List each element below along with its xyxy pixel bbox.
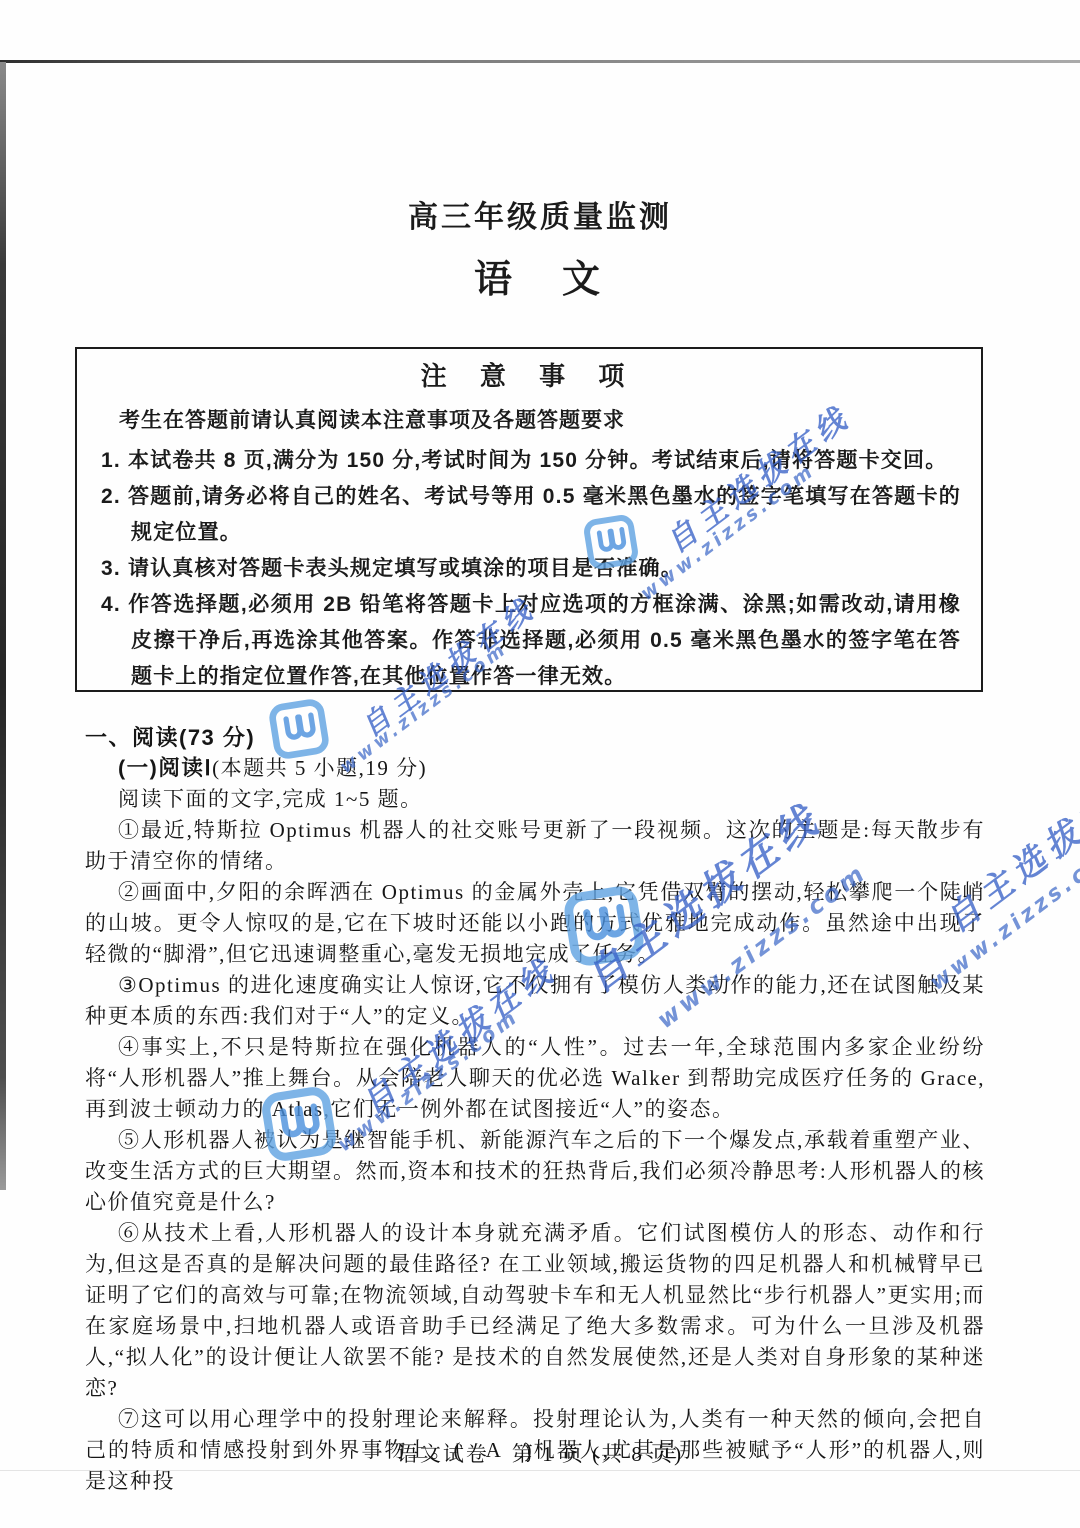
exam-title: 高三年级质量监测 <box>0 192 1080 236</box>
scanned-exam-page: 高三年级质量监测 语 文 注 意 事 项 考生在答题前请认真阅读本注意事项及各题… <box>0 0 1080 1528</box>
subsection-heading-bold: (一)阅读Ⅰ <box>118 756 212 780</box>
subject-title: 语 文 <box>0 248 1080 303</box>
notice-item-3: 3. 请认真核对答题卡表头规定填写或填涂的项目是否准确。 <box>101 551 961 587</box>
notice-intro: 考生在答题前请认真阅读本注意事项及各题答题要求 <box>119 407 961 435</box>
scan-top-edge-line <box>0 60 1080 63</box>
paragraph-4: ④事实上,不只是特斯拉在强化机器人的“人性”。过去一年,全球范围内多家企业纷纷将… <box>85 1032 985 1125</box>
paragraph-2: ②画面中,夕阳的余晖洒在 Optimus 的金属外壳上,它凭借双臂的摆动,轻松攀… <box>85 877 985 970</box>
notice-title: 注 意 事 项 <box>77 359 981 393</box>
section-heading: 一、阅读(73 分) <box>85 722 985 753</box>
exam-body: 一、阅读(73 分) (一)阅读Ⅰ(本题共 5 小题,19 分) 阅读下面的文字… <box>85 722 985 1497</box>
subsection-heading: (一)阅读Ⅰ(本题共 5 小题,19 分) <box>85 753 985 784</box>
page-footer: 语文试卷 第 1 页 (共 8 页) <box>0 1438 1080 1468</box>
paragraph-5: ⑤人形机器人被认为是继智能手机、新能源汽车之后的下一个爆发点,承载着重塑产业、改… <box>85 1125 985 1218</box>
paragraph-1: ①最近,特斯拉 Optimus 机器人的社交账号更新了一段视频。这次的主题是:每… <box>85 815 985 877</box>
notice-item-2: 2. 答题前,请务必将自己的姓名、考试号等用 0.5 毫米黑色墨水的签字笔填写在… <box>101 479 961 551</box>
paragraph-3: ③Optimus 的进化速度确实让人惊讶,它不仅拥有了模仿人类动作的能力,还在试… <box>85 970 985 1032</box>
paragraph-6: ⑥从技术上看,人形机器人的设计本身就充满矛盾。它们试图模仿人的形态、动作和行为,… <box>85 1218 985 1404</box>
notice-box: 注 意 事 项 考生在答题前请认真阅读本注意事项及各题答题要求 1. 本试卷共 … <box>75 347 983 692</box>
reading-instruction: 阅读下面的文字,完成 1~5 题。 <box>85 784 985 815</box>
notice-items: 1. 本试卷共 8 页,满分为 150 分,考试时间为 150 分钟。考试结束后… <box>101 443 961 695</box>
notice-item-4: 4. 作答选择题,必须用 2B 铅笔将答题卡上对应选项的方框涂满、涂黑;如需改动… <box>101 587 961 695</box>
notice-item-1: 1. 本试卷共 8 页,满分为 150 分,考试时间为 150 分钟。考试结束后… <box>101 443 961 479</box>
subsection-heading-rest: (本题共 5 小题,19 分) <box>212 756 427 780</box>
